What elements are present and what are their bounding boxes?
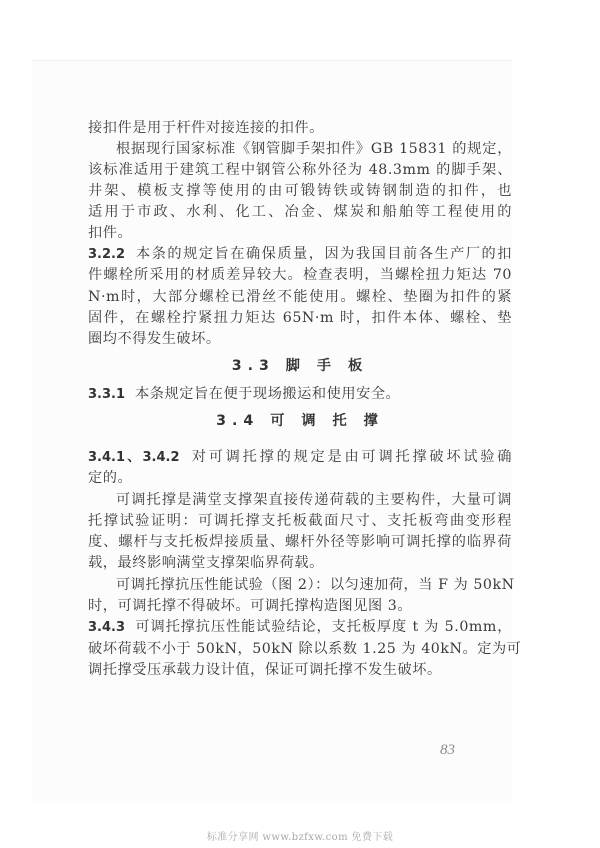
clause-3-2-2-line: 3.2.2本条的规定旨在确保质量，因为我国目前各生产厂的扣 [88, 244, 512, 265]
clause-number: 3.4.3 [88, 620, 125, 635]
text-line: 破坏荷载不小于 50kN，50kN 除以系数 1.25 为 40kN。定为可 [88, 639, 512, 660]
text-line: 固件，在螺栓拧紧扭力矩达 65N·m 时，扣件本体、螺栓、垫 [88, 308, 512, 329]
text-line: 可调托撑抗压性能试验（图 2）：以匀速加荷，当 F 为 50kN [116, 575, 512, 596]
text-line: 托撑试验证明：可调托撑支托板截面尺寸、支托板弯曲变形程 [88, 511, 512, 532]
text-line: 井架、模板支撑等使用的由可锻铸铁或铸钢制造的扣件，也 [88, 181, 512, 202]
clause-3-4-1-line: 3.4.1、3.4.2对可调托撑的规定是由可调托撑破坏试验确 [88, 447, 512, 468]
clause-number: 3.3.1 [88, 387, 125, 402]
text-line: 调托撑受压承载力设计值，保证可调托撑不发生破坏。 [88, 660, 512, 681]
clause-3-4-3-line: 3.4.3可调托撑抗压性能试验结论，支托板厚度 t 为 5.0mm， [88, 617, 512, 638]
text-line: 定的。 [88, 468, 512, 489]
text-line: 度、螺杆与支托板焊接质量、螺杆外径等影响可调托撑的临界荷 [88, 532, 512, 553]
text-line: 时，可调托撑不得破坏。可调托撑构造图见图 3。 [88, 596, 512, 617]
text-line: 该标准适用于建筑工程中钢管公称外径为 48.3mm 的脚手架、 [88, 160, 512, 181]
text-line: 件螺栓所采用的材质差异较大。检查表明，当螺栓扭力矩达 70 [88, 265, 512, 286]
text-line: 扣件。 [88, 223, 512, 244]
section-heading-3-3: 3.3 脚 手 板 [88, 356, 512, 377]
clause-number: 3.2.2 [88, 247, 125, 262]
clause-3-3-1-line: 3.3.1本条规定旨在便于现场搬运和使用安全。 [88, 384, 512, 405]
text-line: 载，最终影响满堂支撑架临界荷载。 [88, 553, 512, 574]
page-number: 83 [440, 742, 455, 759]
footer-watermark: 标准分享网 www.bzfxw.com 免费下载 [0, 828, 600, 843]
clause-number: 3.4.1、3.4.2 [88, 450, 180, 465]
text-line: 根据现行国家标准《钢管脚手架扣件》GB 15831 的规定， [116, 139, 512, 160]
text-line: 接扣件是用于杆件对接连接的扣件。 [88, 118, 512, 139]
text-line: 可调托撑是满堂支撑架直接传递荷载的主要构件，大量可调 [116, 490, 512, 511]
text-line: 适用于市政、水利、化工、冶金、煤炭和船舶等工程使用的 [88, 202, 512, 223]
text-line: 圈均不得发生破坏。 [88, 329, 512, 350]
section-heading-3-4: 3.4 可 调 托 撑 [88, 411, 512, 432]
text-line: N·m时，大部分螺栓已滑丝不能使用。螺栓、垫圈为扣件的紧 [88, 287, 512, 308]
